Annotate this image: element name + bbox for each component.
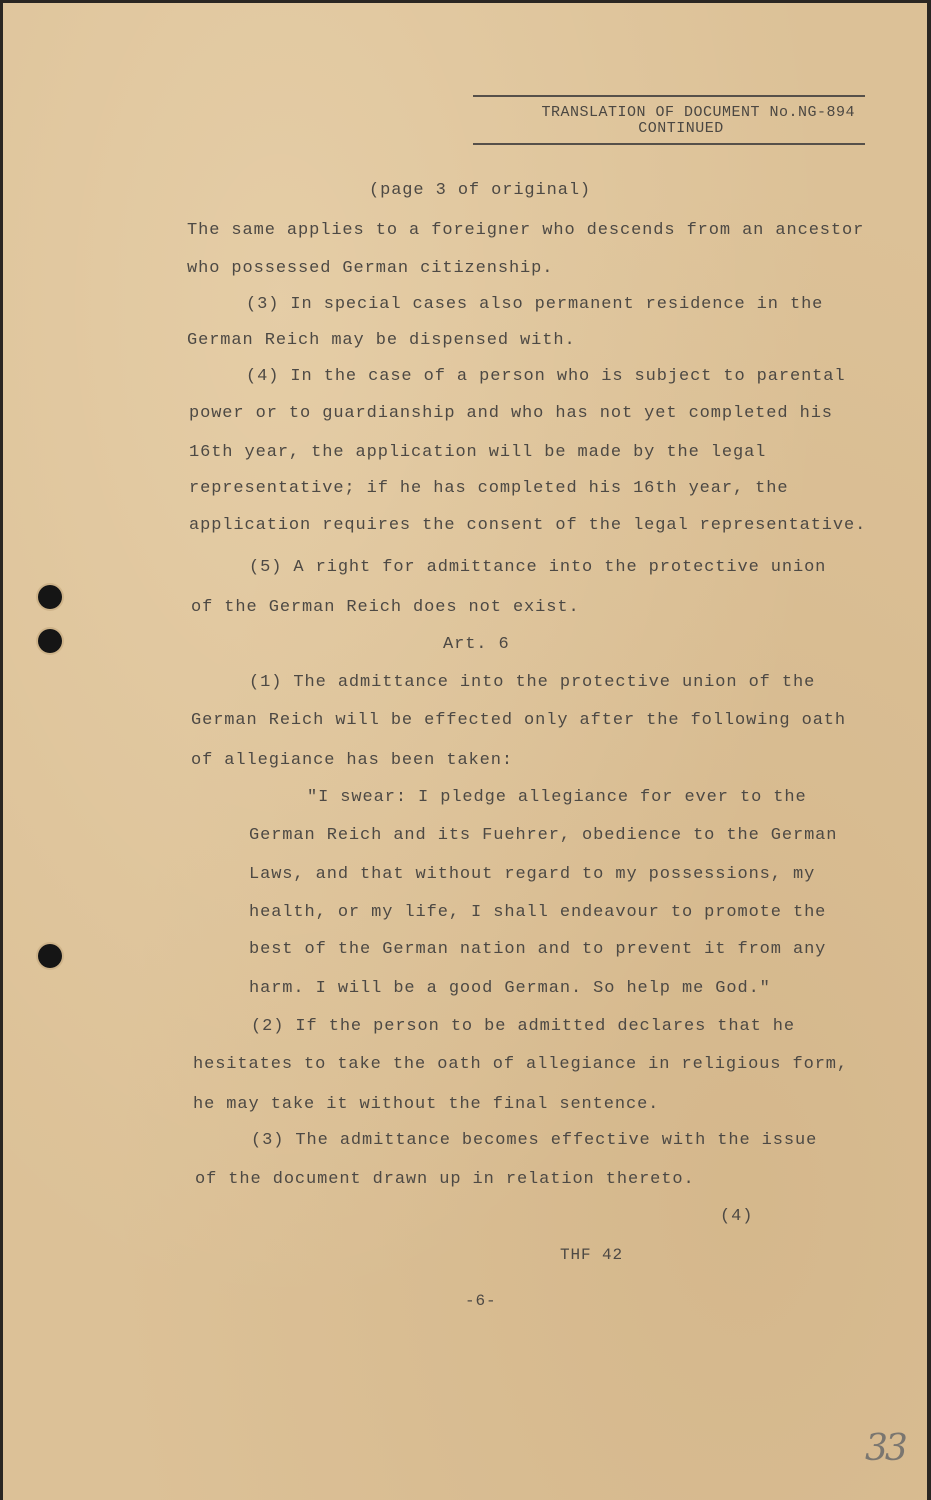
text-line: of the document drawn up in relation the… [195, 1170, 695, 1189]
text-line: (5) A right for admittance into the prot… [249, 558, 826, 577]
oath-line: German Reich and its Fuehrer, obedience … [249, 826, 837, 845]
document-page: TRANSLATION OF DOCUMENT No.NG-894 CONTIN… [3, 3, 927, 1500]
page-reference: (page 3 of original) [369, 181, 591, 200]
text-line: (2) If the person to be admitted declare… [251, 1017, 795, 1036]
text-line: (3) The admittance becomes effective wit… [251, 1131, 817, 1150]
article-heading: Art. 6 [443, 635, 510, 654]
typist-code: THF 42 [560, 1246, 623, 1264]
page-number: -6- [465, 1292, 497, 1310]
handwritten-page-number: 33 [865, 1428, 905, 1469]
text-line: 16th year, the application will be made … [189, 443, 766, 462]
document-header: TRANSLATION OF DOCUMENT No.NG-894 CONTIN… [473, 95, 865, 145]
text-line: application requires the consent of the … [189, 516, 866, 535]
punch-hole-icon [38, 629, 62, 653]
header-title: TRANSLATION OF DOCUMENT No.NG-894 [473, 105, 865, 121]
text-line: representative; if he has completed his … [189, 479, 789, 498]
text-line: The same applies to a foreigner who desc… [187, 221, 864, 240]
text-line: (3) In special cases also permanent resi… [246, 295, 823, 314]
punch-hole-icon [38, 585, 62, 609]
text-line: of allegiance has been taken: [191, 751, 513, 770]
continuation-marker: (4) [720, 1207, 753, 1226]
oath-line: health, or my life, I shall endeavour to… [249, 903, 826, 922]
text-line: of the German Reich does not exist. [191, 598, 580, 617]
text-line: (4) In the case of a person who is subje… [246, 367, 846, 386]
text-line: who possessed German citizenship. [187, 259, 553, 278]
text-line: he may take it without the final sentenc… [193, 1095, 659, 1114]
text-line: German Reich will be effected only after… [191, 711, 846, 730]
text-line: hesitates to take the oath of allegiance… [193, 1055, 848, 1074]
text-line: German Reich may be dispensed with. [187, 331, 576, 350]
oath-line: harm. I will be a good German. So help m… [249, 979, 771, 998]
oath-line: "I swear: I pledge allegiance for ever t… [307, 788, 807, 807]
punch-hole-icon [38, 944, 62, 968]
header-subtitle: CONTINUED [473, 121, 865, 137]
oath-line: Laws, and that without regard to my poss… [249, 865, 815, 884]
oath-line: best of the German nation and to prevent… [249, 940, 826, 959]
text-line: power or to guardianship and who has not… [189, 404, 833, 423]
text-line: (1) The admittance into the protective u… [249, 673, 815, 692]
